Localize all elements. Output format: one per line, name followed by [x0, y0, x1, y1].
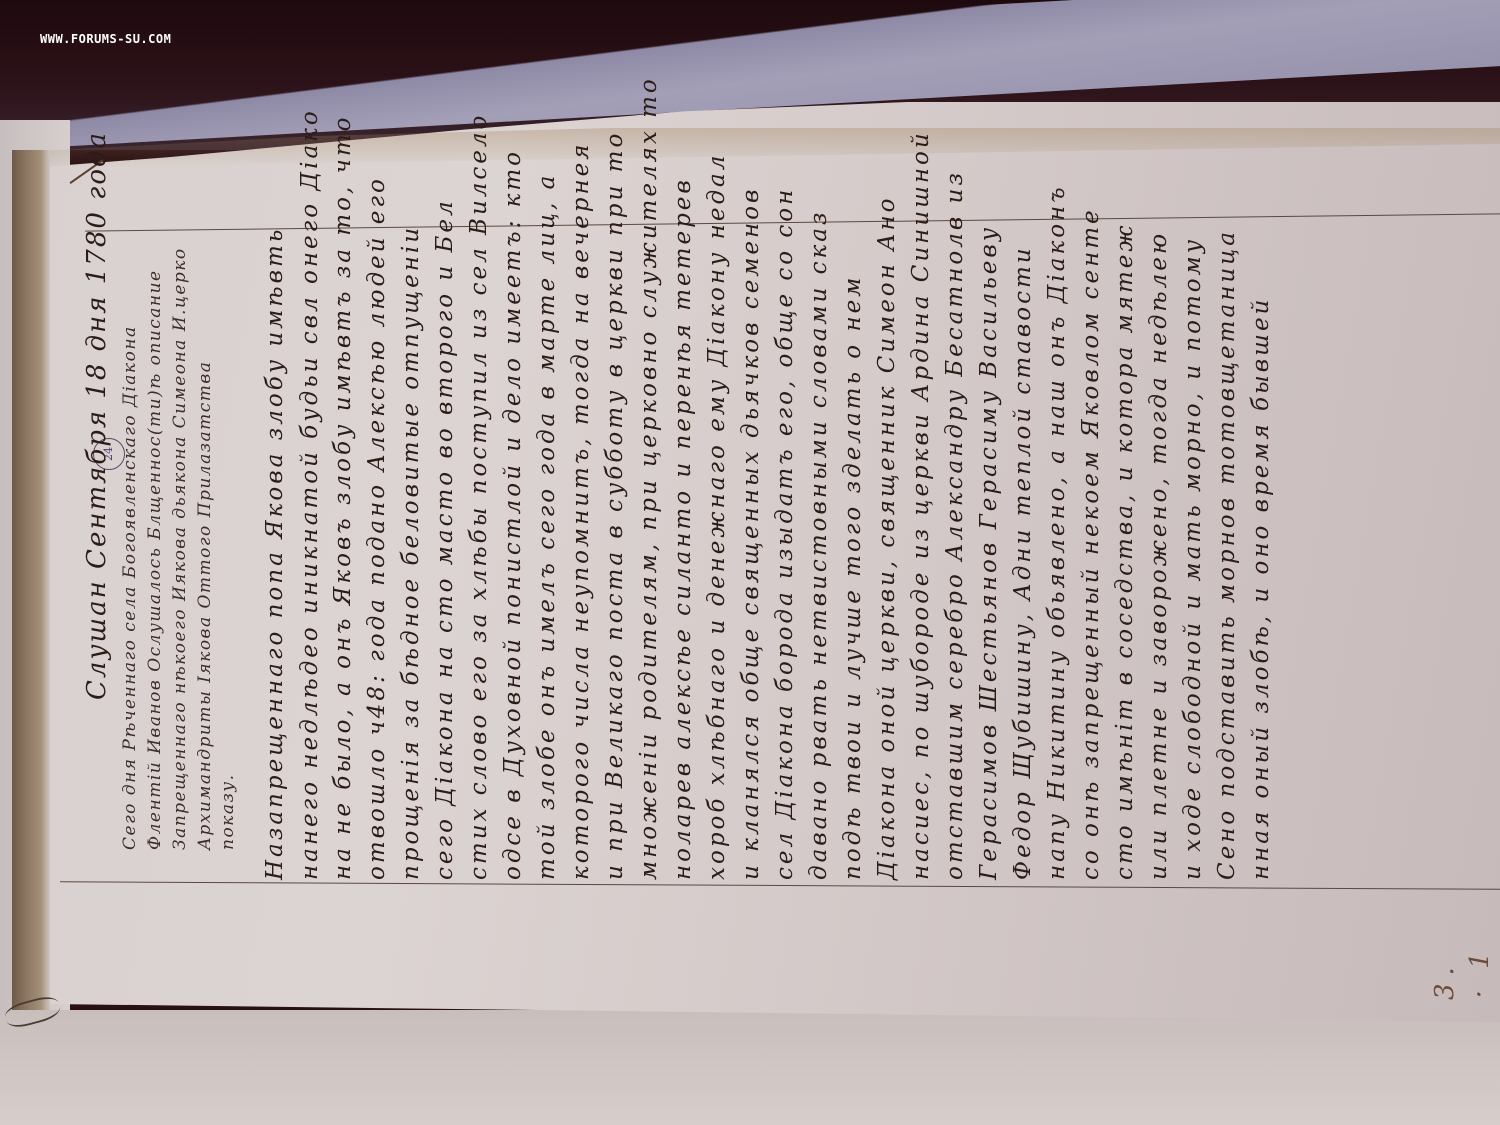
body-line: насиес, по шубороде из церкви Ардина Син… — [908, 130, 934, 880]
body-line: отставшим серебро Александру Бесатнолв и… — [942, 170, 968, 880]
body-line: стих слово его за хлѣбы поступил из сел … — [466, 113, 492, 880]
watermark-text: WWW.FORUMS-SU.COM — [40, 32, 171, 46]
body-line: Діакона оной церкви, священник Симеон Ан… — [874, 195, 900, 880]
body-line: прощенія за бѣдное беловитые отпущеніи — [398, 225, 424, 880]
summary-line: Запрещеннаго нѣкоего Иякова дьякона Симе… — [170, 247, 190, 850]
folio-pencil-mark: 3. ⸱ 1 ⸱ — [1430, 930, 1500, 1000]
body-line: сел Діакона борода изыдатъ его, обще со … — [772, 187, 798, 880]
body-line: ноларев алексѣе силанто и перенѣя тетере… — [670, 177, 696, 880]
body-line: и кланялся обще священных дьячков семено… — [738, 187, 764, 880]
summary-line: Архимандриты Іякова Оттого Прилазатства — [195, 361, 215, 850]
body-line: нанего недлѣдео иникнатой будьи свл онег… — [297, 108, 323, 880]
body-line: которого числа неупомнитъ, тогда на вече… — [568, 141, 594, 880]
body-line: подѣ твои и лучше того зделать о нем — [840, 275, 866, 880]
underlying-page-bottom — [0, 1010, 1500, 1125]
body-line: сего Діакона на сто масто во второго и Б… — [432, 198, 458, 880]
summary-line: Флентій Иванов Ослушалось Блщеннос(ти)ѣ … — [145, 269, 165, 850]
body-line: хороб хлѣбнаго и денежнаго ему Діакону н… — [704, 153, 730, 880]
body-line: со онѣ запрещенный некоем Яковлом сенте — [1078, 207, 1104, 880]
body-line: на не было, а онъ Яковъ злобу имѣвтъ за … — [330, 114, 356, 880]
body-line: Герасимов Шестьянов Герасиму Васильеву — [976, 225, 1002, 880]
body-line: одсе в Духовной понистлой и дело имеетъ:… — [500, 149, 526, 880]
body-line: той злобе онъ имелъ сего года в марте ли… — [534, 173, 560, 880]
body-line: или плетне и заворожено, тогда недѣлею — [1146, 231, 1172, 880]
summary-line: Сего дня Рѣченнаго села Богоявленскаго Д… — [120, 325, 140, 850]
body-line: и при Великаго поста в субботу в церкви … — [602, 131, 628, 880]
binding-spine — [12, 150, 50, 1010]
document-header: Слушан Сентября 18 дня 1780 года — [82, 131, 112, 700]
body-line: нная оный злобѣ, и оно время бывшей — [1248, 297, 1274, 880]
body-line: Назапрещеннаго попа Якова злобу имѣвть — [262, 227, 288, 880]
body-line: множеніи родителям, при церковно служите… — [636, 76, 662, 880]
body-line: напу Никитину обьявлено, а наш онъ Діако… — [1044, 184, 1070, 880]
body-line: сто имѣніт в соседства, и котора мятеж — [1112, 222, 1138, 880]
body-line: давано рвать нетвистовными словами сказ — [806, 210, 832, 880]
body-line: и ходе слободной и мать морно, и потому — [1180, 237, 1206, 880]
summary-line: показу. — [218, 773, 238, 850]
body-line: Сено подставить морнов тотовщетаница — [1214, 229, 1240, 880]
body-line: Федор Щубишину, Адни теплой ставости — [1010, 245, 1036, 880]
body-line: отвошло ч48: года подано Алексѣю людей е… — [364, 176, 390, 880]
